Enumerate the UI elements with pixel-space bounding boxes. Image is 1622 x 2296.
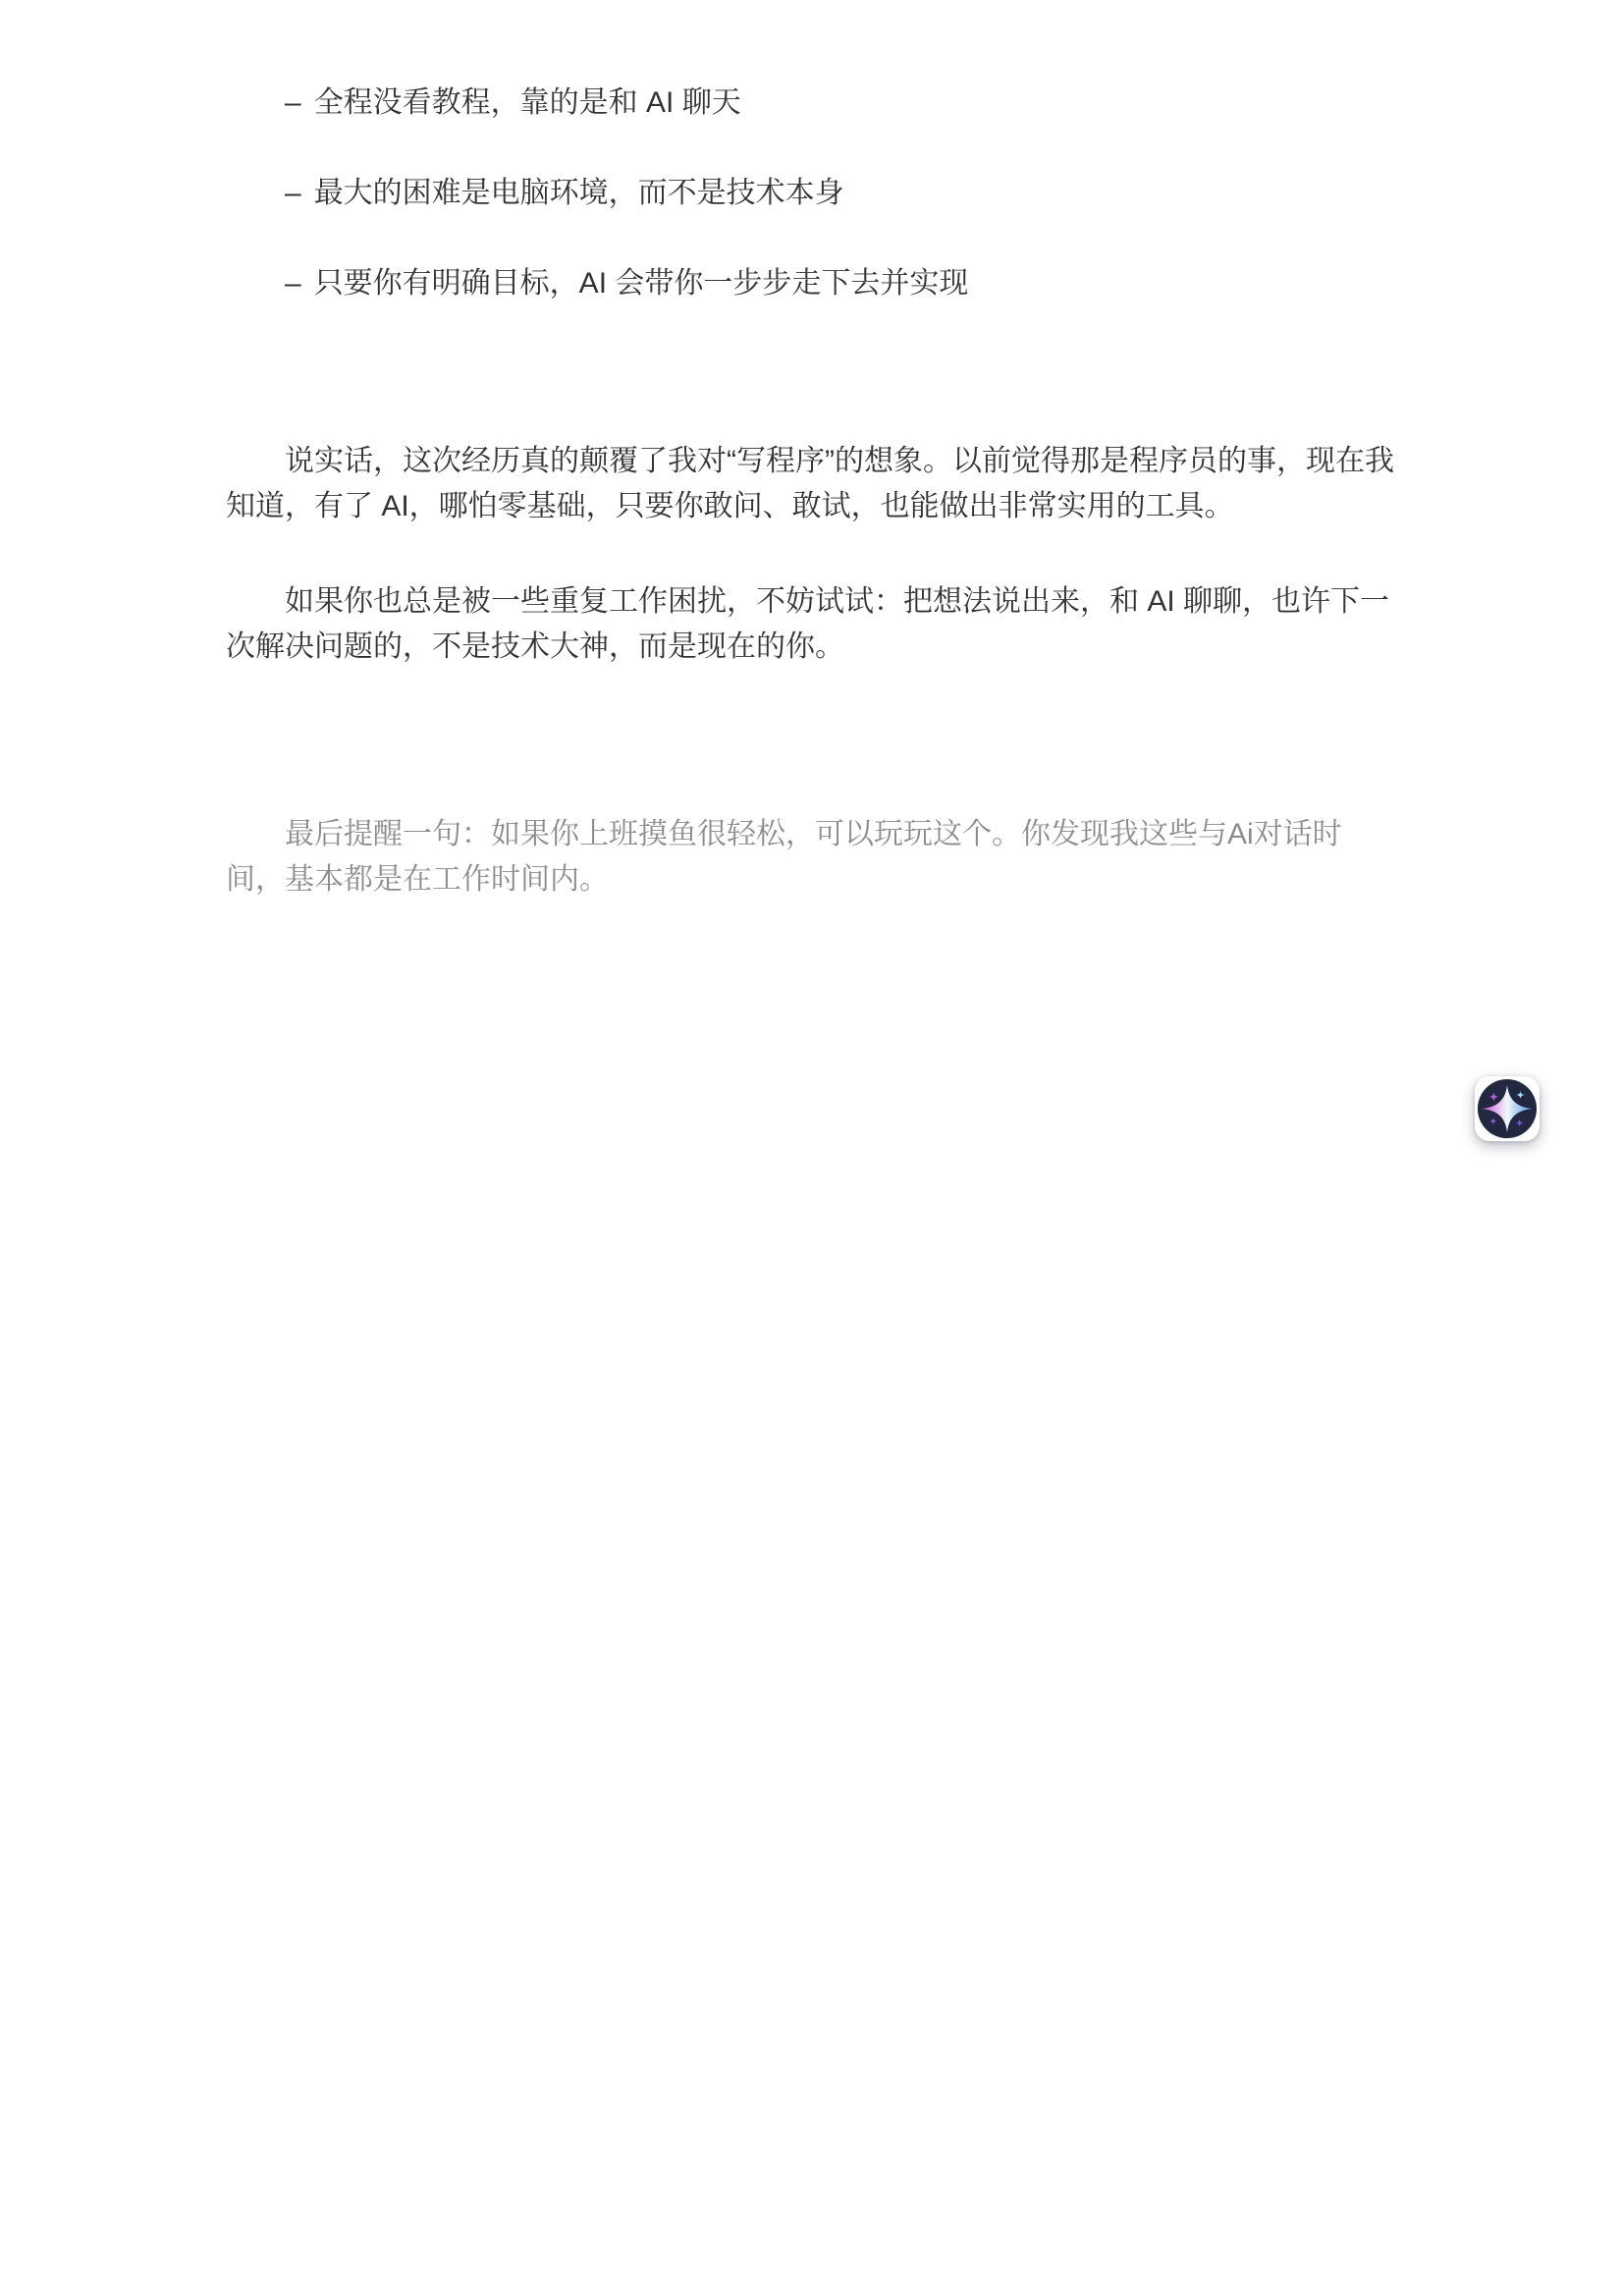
bullet-dash: – [285, 177, 301, 209]
bullet-text: 最大的困难是电脑环境，而不是技术本身 [314, 177, 844, 209]
bullet-item: –全程没看教程，靠的是和 AI 聊天 [226, 81, 1399, 126]
bullet-item: –最大的困难是电脑环境，而不是技术本身 [226, 171, 1399, 216]
ai-assistant-button[interactable] [1475, 1076, 1540, 1141]
bullet-text: 只要你有明确目标，AI 会带你一步步走下去并实现 [314, 267, 969, 300]
article-body: –全程没看教程，靠的是和 AI 聊天 –最大的困难是电脑环境，而不是技术本身 –… [226, 0, 1399, 902]
document-page: –全程没看教程，靠的是和 AI 聊天 –最大的困难是电脑环境，而不是技术本身 –… [0, 0, 1622, 2296]
bullet-item: –只要你有明确目标，AI 会带你一步步走下去并实现 [226, 261, 1399, 306]
bullet-text: 全程没看教程，靠的是和 AI 聊天 [314, 86, 741, 119]
note-paragraph: 最后提醒一句：如果你上班摸鱼很轻松，可以玩玩这个。你发现我这些与Ai对话时间，基… [226, 812, 1399, 902]
body-paragraph: 如果你也总是被一些重复工作困扰，不妨试试：把想法说出来，和 AI 聊聊，也许下一… [226, 579, 1399, 670]
body-paragraph: 说实话，这次经历真的颠覆了我对“写程序”的想象。以前觉得那是程序员的事，现在我知… [226, 439, 1399, 529]
bullet-dash: – [285, 267, 301, 300]
sparkle-star-icon [1477, 1078, 1538, 1139]
bullet-dash: – [285, 86, 301, 119]
